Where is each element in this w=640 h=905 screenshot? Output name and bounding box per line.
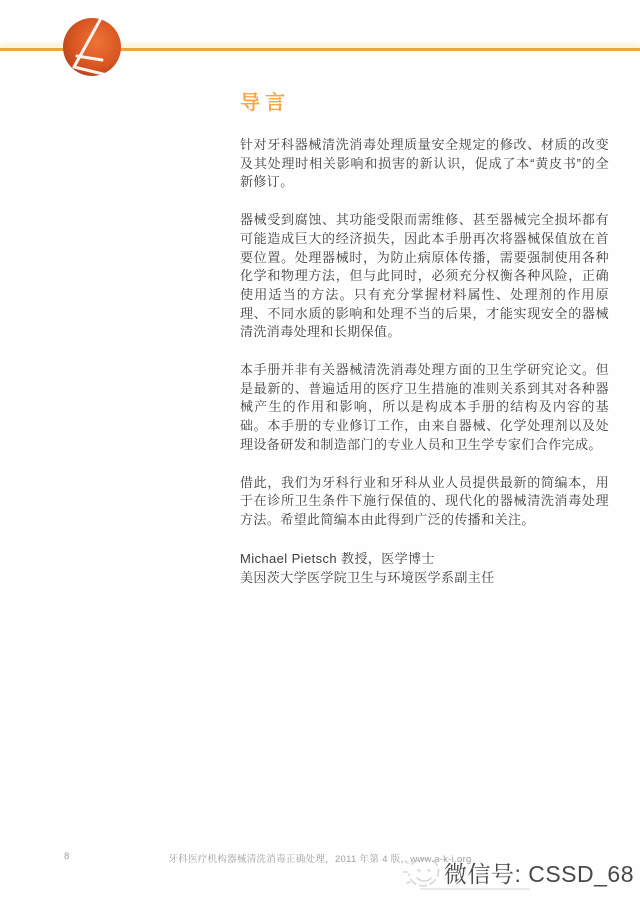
paragraph-3: 本手册并非有关器械清洗消毒处理方面的卫生学研究论文。但是最新的、普遍适用的医疗卫… [240,361,609,455]
page-title: 导言 [240,86,609,115]
document-page: 导言 针对牙科器械清洗消毒处理质量安全规定的修改、材质的改变及其处理时相关影响和… [0,0,640,905]
watermark: 微信号: CSSD_68 [402,852,634,892]
signature-name: Michael Pietsch 教授，医学博士 [240,549,609,568]
paragraph-2: 器械受到腐蚀、其功能受限而需维修、甚至器械完全损坏都有可能造成巨大的经济损失，因… [240,211,609,342]
signature-block: Michael Pietsch 教授，医学博士 美因茨大学医学院卫生与环境医学系… [240,549,609,587]
smiley-face-icon [402,852,444,892]
aki-logo [61,14,125,80]
paragraph-1: 针对牙科器械清洗消毒处理质量安全规定的修改、材质的改变及其处理时相关影响和损害的… [240,136,609,192]
foreword-section: 导言 针对牙科器械清洗消毒处理质量安全规定的修改、材质的改变及其处理时相关影响和… [240,86,609,587]
signature-title: 美因茨大学医学院卫生与环境医学系副主任 [240,568,609,587]
paragraph-4: 借此，我们为牙科行业和牙科从业人员提供最新的简编本，用于在诊所卫生条件下施行保值… [240,474,609,530]
scan-artifact-line [420,888,530,890]
watermark-text: 微信号: CSSD_68 [444,856,634,889]
